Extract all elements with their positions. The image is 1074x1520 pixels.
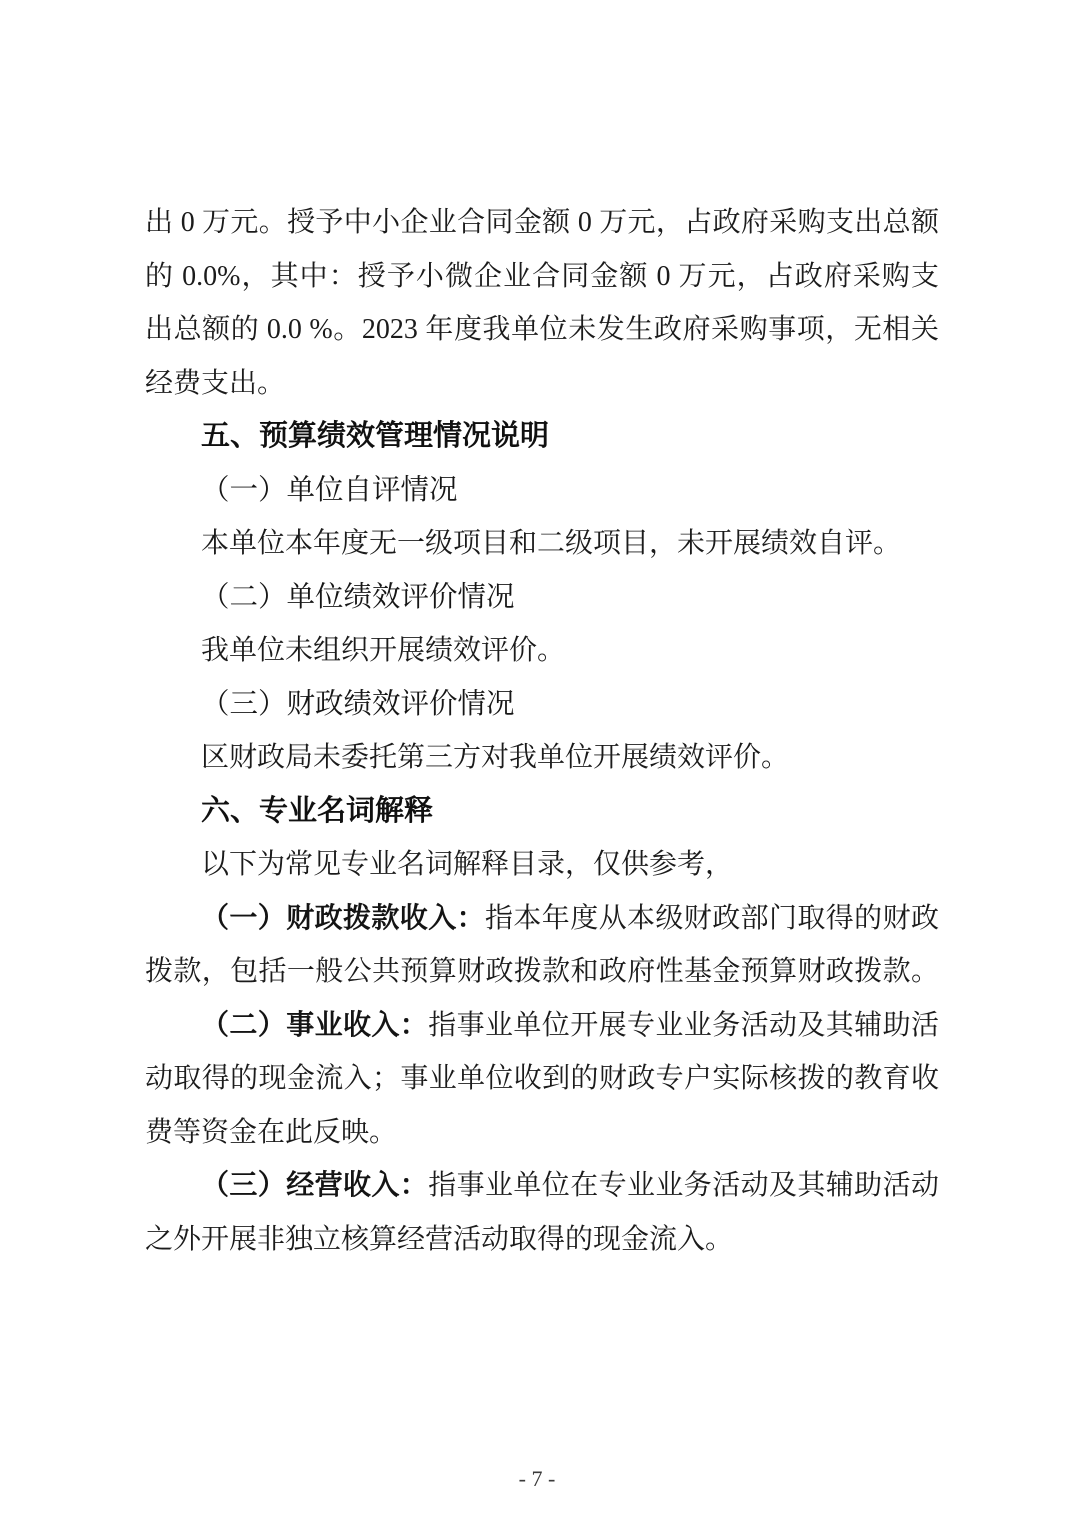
para-term-institutional-income-line: 费等资金在此反映。 (145, 1106, 939, 1160)
para-term-fiscal-appropriation-income-line: 拨款，包括一般公共预算财政拨款和政府性基金预算财政拨款。 (145, 945, 939, 999)
para-term-institutional-income-line: 动取得的现金流入；事业单位收到的财政专户实际核拨的教育收 (145, 1052, 939, 1106)
subheading-unit-self-eval-line: （一）单位自评情况 (145, 464, 939, 518)
para-term-fiscal-appropriation-income-line: （一）财政拨款收入：指本年度从本级财政部门取得的财政 (145, 892, 939, 946)
para-fiscal-perf-eval-line: 区财政局未委托第三方对我单位开展绩效评价。 (145, 731, 939, 785)
term-lead: （三）经营收入： (201, 1170, 428, 1201)
para-term-operating-income-line: 之外开展非独立核算经营活动取得的现金流入。 (145, 1213, 939, 1267)
document-content: 出 0 万元。授予中小企业合同金额 0 万元，占政府采购支出总额的 0.0%，其… (145, 196, 939, 1266)
heading-section-five-line: 五、预算绩效管理情况说明 (145, 410, 939, 464)
para-term-institutional-income-line: （二）事业收入：指事业单位开展专业业务活动及其辅助活 (145, 999, 939, 1053)
document-page: { "document": { "page_number": "- 7 -", … (0, 0, 1074, 1520)
term-lead: （一）财政拨款收入： (201, 903, 485, 934)
para-glossary-intro-line: 以下为常见专业名词解释目录，仅供参考， (145, 838, 939, 892)
term-lead: （二）事业收入： (201, 1010, 428, 1041)
para-procurement-line: 出 0 万元。授予中小企业合同金额 0 万元，占政府采购支出总额 (145, 196, 939, 250)
para-procurement-line: 经费支出。 (145, 357, 939, 411)
para-term-operating-income-line: （三）经营收入：指事业单位在专业业务活动及其辅助活动 (145, 1159, 939, 1213)
subheading-fiscal-perf-eval-line: （三）财政绩效评价情况 (145, 678, 939, 732)
subheading-unit-perf-eval-line: （二）单位绩效评价情况 (145, 571, 939, 625)
para-perf-eval-line: 我单位未组织开展绩效评价。 (145, 624, 939, 678)
para-procurement-line: 的 0.0%，其中：授予小微企业合同金额 0 万元，占政府采购支 (145, 250, 939, 304)
heading-section-six-line: 六、专业名词解释 (145, 785, 939, 839)
para-self-eval-line: 本单位本年度无一级项目和二级项目，未开展绩效自评。 (145, 517, 939, 571)
page-number: - 7 - (0, 1466, 1074, 1492)
para-procurement-line: 出总额的 0.0 %。2023 年度我单位未发生政府采购事项，无相关 (145, 303, 939, 357)
